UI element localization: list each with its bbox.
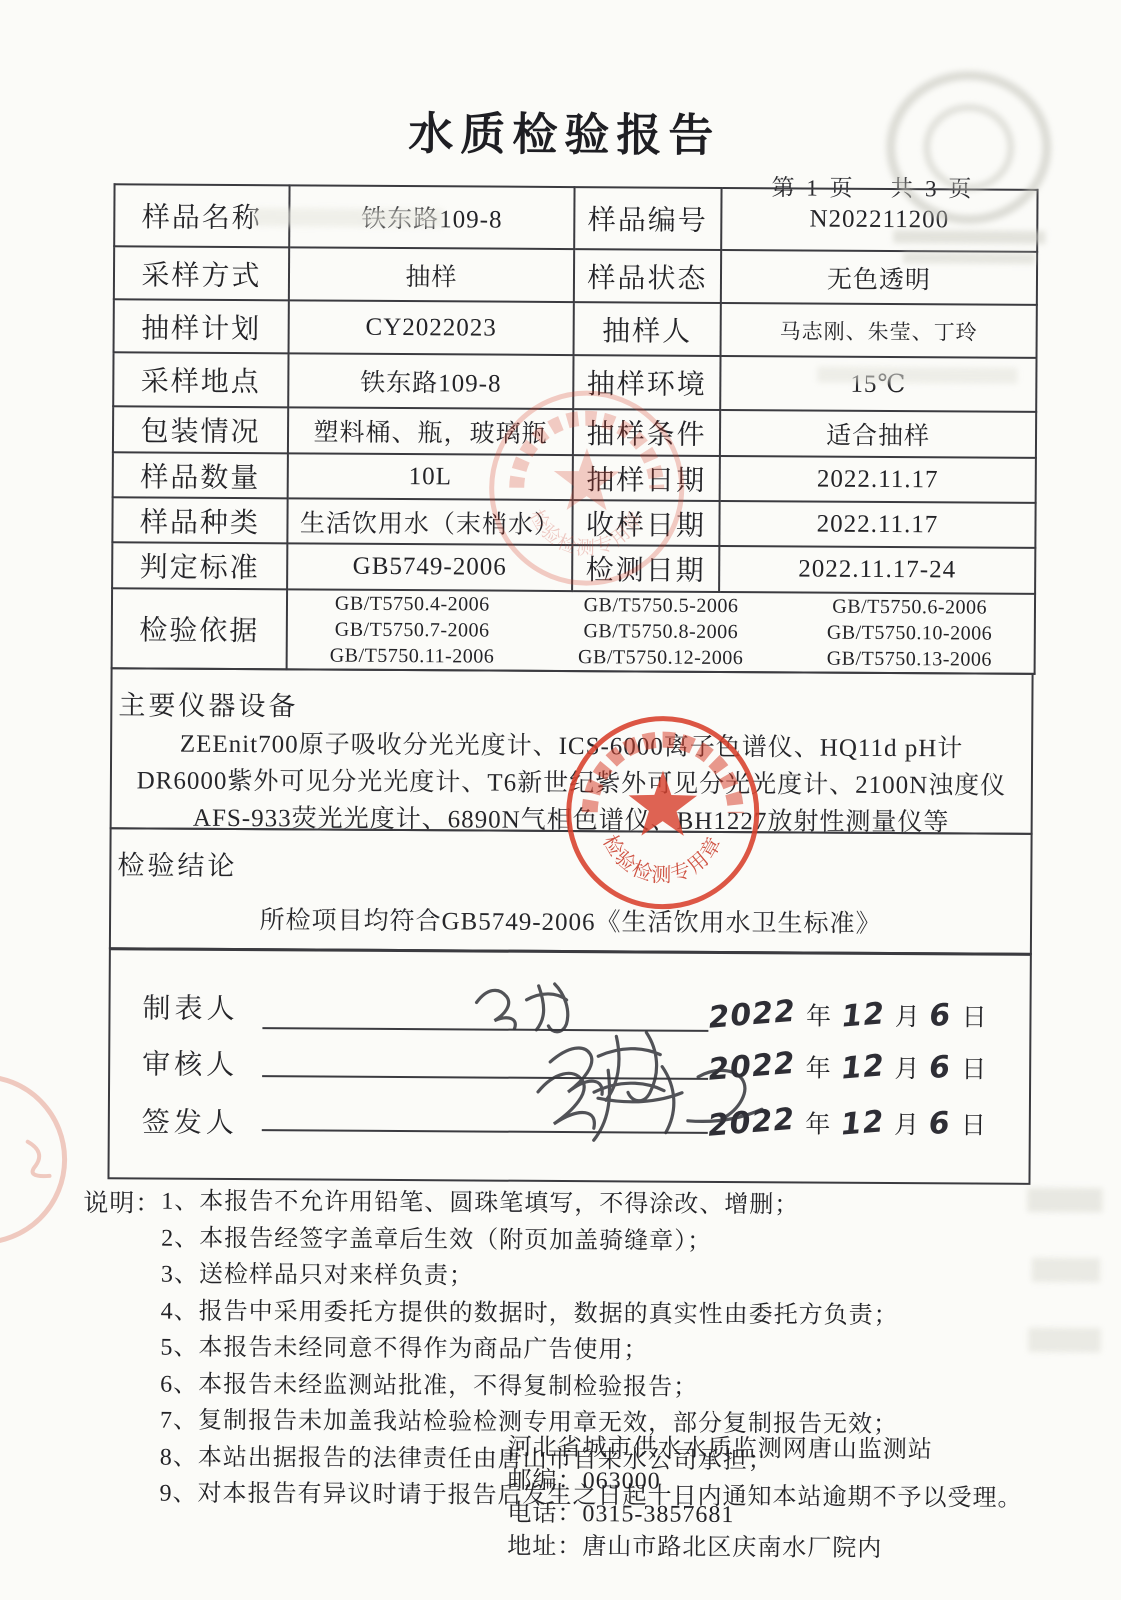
month-unit: 月 [895,997,920,1033]
issuer-date: 2022年12月6日 [708,1104,1038,1142]
cell-label: 检测日期 [572,545,719,592]
table-row: 样品名称 铁东路109-8 样品编号 N202211200 [114,184,1037,252]
handwritten-year: 2022 [707,1046,797,1088]
scan-content: 水质检验报告 第 1 页 共 3 页 样品名称 铁东路109-8 样品编号 N2… [0,0,1121,1600]
issuer-label: 签发人 [142,1100,238,1141]
cell-value: 2022.11.17 [720,456,1036,503]
standard-ref: GB/T5750.5-2006 [537,592,786,620]
cell-label: 样品名称 [114,184,289,247]
table-row: 采样地点 铁东路109-8 抽样环境 15℃ [113,352,1036,412]
cell-value: 生活饮用水（末梢水） [287,498,572,545]
year-unit: 年 [806,1049,831,1085]
cell-value: 抽样 [289,247,574,302]
handwritten-day: 6 [928,997,953,1034]
cell-value: 2022.11.17 [719,501,1035,548]
standard-ref: GB/T5750.4-2006 [288,590,537,618]
agency-phone: 电话：0315-3857681 [507,1498,932,1534]
cell-label: 抽样条件 [573,409,720,456]
cell-value: 10L [288,453,573,500]
cell-value: 铁东路109-8 [288,353,573,409]
table-row: 采样方式 抽样 样品状态 无色透明 [114,246,1037,305]
cell-label: 采样方式 [114,246,289,300]
day-unit: 日 [961,1049,986,1085]
handwritten-day: 6 [928,1105,953,1142]
handwritten-month: 12 [839,1048,885,1086]
note-item: 6、本报告未经监测站批准，不得复制检验报告； [160,1366,1023,1408]
day-unit: 日 [962,997,987,1033]
table-row: 包装情况 塑料桶、瓶，玻璃瓶 抽样条件 适合抽样 [113,406,1036,458]
table-row: 抽样计划 CY2022023 抽样人 马志刚、朱莹、丁玲 [114,299,1037,358]
handwritten-year: 2022 [707,1102,797,1144]
handwritten-month: 12 [840,996,886,1034]
instrument-line: DR6000紫外可见分光光度计、T6新世纪紫外可见分光光度计、2100N浊度仪 [112,762,1031,805]
cell-value: 适合抽样 [720,410,1036,458]
cell-basis-standards: GB/T5750.4-2006 GB/T5750.7-2006 GB/T5750… [287,589,1035,674]
conclusion-section: 检验结论 所检项目均符合GB5749-2006《生活饮用水卫生标准》 [109,827,1033,955]
reviewer-label: 审核人 [142,1042,238,1083]
report-page: 水质检验报告 第 1 页 共 3 页 样品名称 铁东路109-8 样品编号 N2… [0,0,1121,1600]
reviewer-date: 2022年12月6日 [708,1048,1038,1086]
day-unit: 日 [961,1105,986,1141]
standard-ref: GB/T5750.10-2006 [785,619,1034,647]
year-unit: 年 [805,1105,830,1141]
table-row: 样品种类 生活饮用水（末梢水） 收样日期 2022.11.17 [112,497,1035,548]
agency-address: 地址：唐山市路北区庆南水厂院内 [507,1531,932,1567]
handwritten-year: 2022 [707,994,797,1036]
note-item: 4、报告中采用委托方提供的数据时，数据的真实性由委托方负责； [161,1293,1024,1335]
cell-value: 15℃ [720,356,1036,412]
month-unit: 月 [894,1105,919,1141]
note-item: 3、送检样品只对来样负责； [161,1257,1024,1299]
instrument-line: ZEEnit700原子吸收分光光度计、ICS-6000离子色谱仪、HQ11d p… [112,725,1031,768]
cell-label: 抽样计划 [114,299,289,353]
cell-label: 样品种类 [112,497,287,543]
cell-label: 抽样日期 [573,455,720,501]
cell-value: 2022.11.17-24 [719,546,1035,594]
year-unit: 年 [806,997,831,1033]
cell-label: 抽样环境 [573,355,720,410]
standard-ref: GB/T5750.7-2006 [288,616,537,644]
agency-name: 河北省城市供水水质监测网唐山监测站 [508,1432,933,1468]
notes-label: 说明： [81,1183,161,1512]
cell-label: 样品状态 [574,249,721,303]
cell-label: 抽样人 [574,302,721,356]
page-title: 水质检验报告 [4,95,1121,167]
cell-label: 采样地点 [113,352,288,407]
partial-seal-left-edge [0,1076,65,1243]
cell-value: GB5749-2006 [287,543,572,591]
handwritten-month: 12 [839,1104,885,1142]
cell-label: 检验依据 [112,588,287,669]
cell-label: 判定标准 [112,542,287,589]
signature-line [262,1129,708,1134]
standard-ref: GB/T5750.13-2006 [785,645,1034,673]
preparer-date: 2022年12月6日 [708,996,1038,1034]
signature-line [262,1075,708,1080]
cell-label: 样品数量 [113,452,288,498]
cell-value: CY2022023 [289,300,574,355]
table-row: 判定标准 GB5749-2006 检测日期 2022.11.17-24 [112,542,1035,594]
cell-value: N202211200 [721,188,1037,252]
signature-section: 制表人 2022年12月6日 审核人 2022年12月6日 签发人 2022年1… [107,947,1031,1185]
standard-ref: GB/T5750.6-2006 [785,593,1034,621]
sample-info-table: 样品名称 铁东路109-8 样品编号 N202211200 采样方式 抽样 样品… [111,183,1039,675]
cell-label: 包装情况 [113,406,288,453]
signature-line [262,1027,708,1032]
standard-ref: GB/T5750.11-2006 [288,642,537,670]
cell-value: 马志刚、朱莹、丁玲 [721,303,1037,358]
agency-postcode: 邮编：063000 [508,1465,933,1501]
preparer-label: 制表人 [142,986,238,1027]
month-unit: 月 [894,1049,919,1085]
table-row-basis: 检验依据 GB/T5750.4-2006 GB/T5750.7-2006 GB/… [112,588,1035,674]
instruments-title: 主要仪器设备 [118,683,298,723]
conclusion-title: 检验结论 [117,843,237,883]
conclusion-text: 所检项目均符合GB5749-2006《生活饮用水卫生标准》 [111,899,1030,941]
issuing-agency-block: 河北省城市供水水质监测网唐山监测站 邮编：063000 电话：0315-3857… [507,1432,933,1567]
cell-value: 铁东路109-8 [289,185,574,249]
cell-label: 收样日期 [572,500,719,546]
standard-ref: GB/T5750.12-2006 [536,644,785,672]
standard-ref: GB/T5750.8-2006 [536,618,785,646]
note-item: 5、本报告未经同意不得作为商品广告使用； [160,1330,1023,1372]
handwritten-day: 6 [928,1049,953,1086]
note-item: 2、本报告经签字盖章后生效（附页加盖骑缝章）； [161,1220,1024,1262]
cell-value: 无色透明 [721,250,1037,305]
table-row: 样品数量 10L 抽样日期 2022.11.17 [113,452,1036,503]
cell-value: 塑料桶、瓶，玻璃瓶 [288,407,573,455]
cell-label: 样品编号 [574,187,721,250]
note-item: 1、本报告不允许用铅笔、圆珠笔填写，不得涂改、增删； [161,1184,1024,1226]
instruments-section: 主要仪器设备 ZEEnit700原子吸收分光光度计、ICS-6000离子色谱仪、… [110,667,1034,835]
